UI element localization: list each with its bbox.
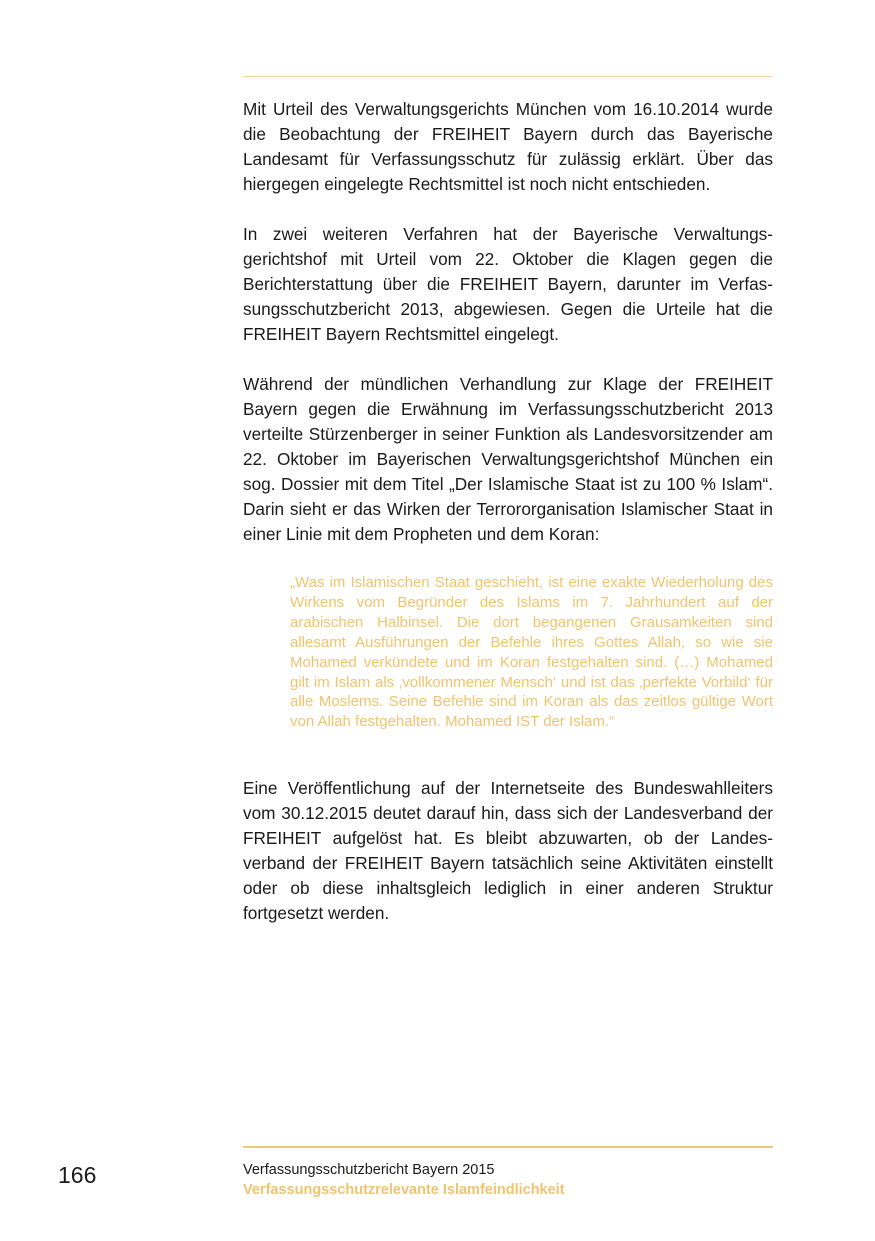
footer-divider: [243, 1146, 773, 1148]
paragraph-further-proceedings: In zwei weiteren Verfahren hat der Bayer…: [243, 222, 773, 347]
page-number: 166: [58, 1161, 96, 1189]
footer-chapter-title: Verfassungsschutzrelevante Islamfeindlic…: [243, 1180, 773, 1200]
top-divider: [243, 76, 773, 77]
paragraph-dissolution: Eine Veröffentlichung auf der Internetse…: [243, 776, 773, 926]
main-content: Mit Urteil des Verwaltungsgerichts Münch…: [243, 97, 773, 926]
paragraph-court-ruling: Mit Urteil des Verwaltungsgerichts Münch…: [243, 97, 773, 197]
footer: Verfassungsschutzbericht Bayern 2015 Ver…: [243, 1160, 773, 1200]
block-quote: „Was im Islamischen Staat geschieht, ist…: [290, 573, 773, 732]
footer-report-title: Verfassungsschutzbericht Bayern 2015: [243, 1160, 773, 1180]
paragraph-oral-hearing: Während der mündlichen Verhandlung zur K…: [243, 372, 773, 547]
